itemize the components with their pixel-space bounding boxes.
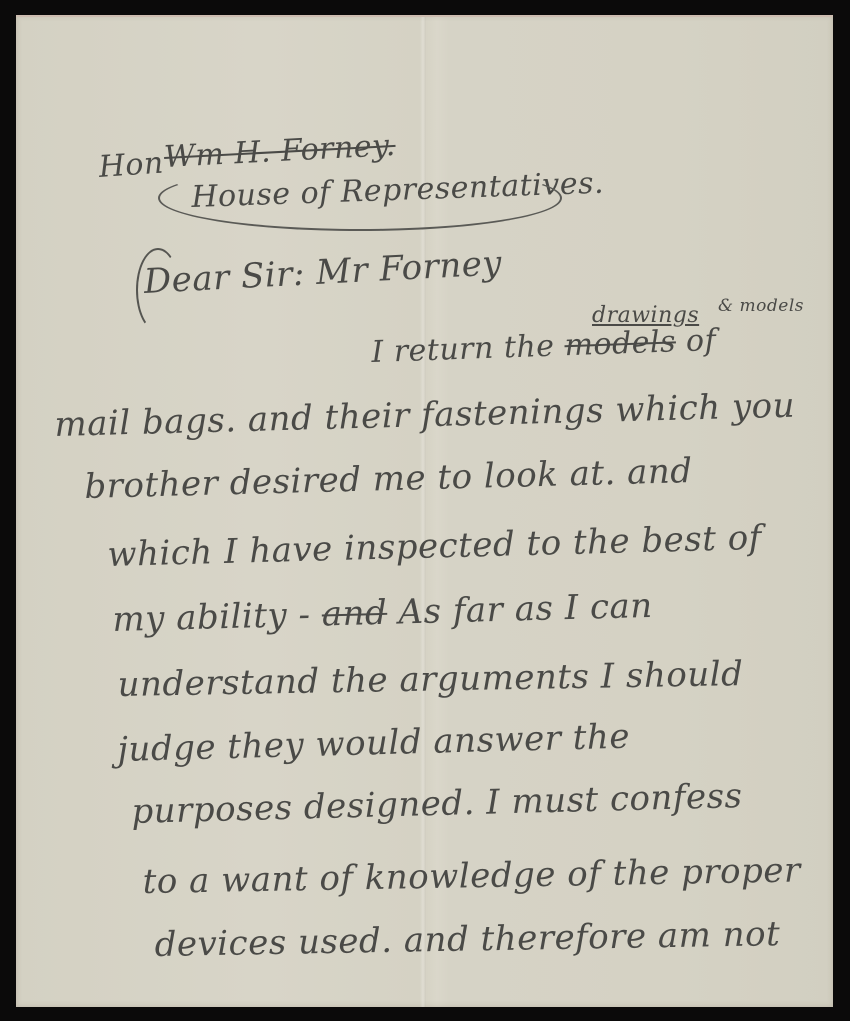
address-loop (158, 165, 562, 231)
superscript-insertion: & models (718, 296, 804, 316)
struck-word: and (321, 593, 387, 635)
body-line-1-tail: of (685, 323, 716, 359)
body-line-5-end: As far as I can (387, 586, 653, 633)
body-line-5-start: my ability - (112, 595, 322, 640)
struck-word: models (564, 324, 677, 363)
body-line-1-text: I return the (371, 329, 555, 370)
address-prefix: Hon (98, 146, 165, 185)
inserted-word: drawings (592, 303, 699, 328)
